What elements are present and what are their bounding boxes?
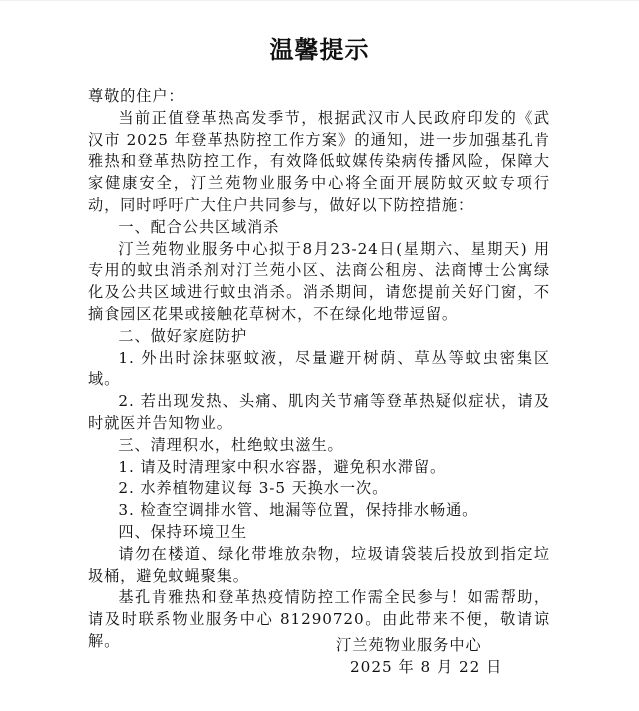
notice-body: 尊敬的住户： 当前正值登革热高发季节，根据武汉市人民政府印发的《武汉市 2025… (88, 86, 550, 653)
intro-paragraph: 当前正值登革热高发季节，根据武汉市人民政府印发的《武汉市 2025 年登革热防控… (88, 108, 550, 217)
section-2-item-1: 1. 外出时涂抹驱蚊液，尽量避开树荫、草丛等蚊虫密集区域。 (88, 348, 550, 392)
signature-date: 2025 年 8 月 22 日 (0, 656, 639, 678)
page-top-edge (0, 0, 639, 1)
section-2-heading: 二、做好家庭防护 (88, 326, 550, 348)
section-3-item-2: 2. 水养植物建议每 3-5 天换水一次。 (88, 478, 550, 500)
section-4-heading: 四、保持环境卫生 (88, 522, 550, 544)
section-3-heading: 三、清理积水，杜绝蚊虫滋生。 (88, 435, 550, 457)
section-3-item-1: 1. 请及时清理家中积水容器，避免积水滞留。 (88, 457, 550, 479)
section-4-item-1: 请勿在楼道、绿化带堆放杂物，垃圾请袋装后投放到指定垃圾桶，避免蚊蝇聚集。 (88, 544, 550, 588)
section-2-item-2: 2. 若出现发热、头痛、肌肉关节痛等登革热疑似症状，请及时就医并告知物业。 (88, 391, 550, 435)
signature-organization: 汀兰苑物业服务中心 (0, 634, 639, 656)
notice-title: 温馨提示 (0, 36, 639, 64)
section-1-heading: 一、配合公共区域消杀 (88, 217, 550, 239)
section-3-item-3: 3. 检查空调排水管、地漏等位置，保持排水畅通。 (88, 500, 550, 522)
salutation: 尊敬的住户： (88, 86, 550, 108)
section-1-item-1: 汀兰苑物业服务中心拟于8月23-24日(星期六、星期天) 用专用的蚊虫消杀剂对汀… (88, 239, 550, 326)
